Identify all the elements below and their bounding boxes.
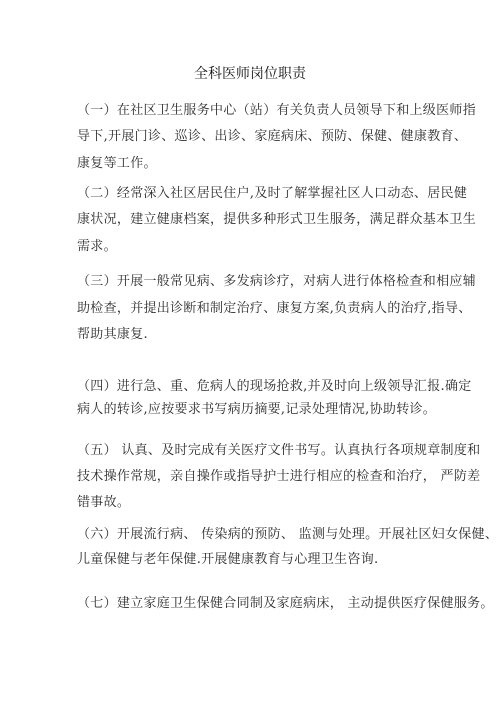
paragraph-line: 儿童保健与老年保健.开展健康教育与心理卫生咨询. bbox=[77, 548, 378, 567]
paragraph-line: （四）进行急、重、危病人的现场抢救,并及时向上级领导汇报.确定 bbox=[77, 375, 472, 394]
paragraph-line: 帮助其康复. bbox=[77, 323, 148, 342]
paragraph-line: 技术操作常规，亲自操作或指导护士进行相应的检查和治疗， 严防差 bbox=[77, 465, 480, 484]
paragraph-line: 病人的转诊,应按要求书写病历摘要,记录处理情况,协助转诊。 bbox=[77, 398, 436, 417]
paragraph-line: （一）在社区卫生服务中心（站）有关负责人员领导下和上级医师指 bbox=[77, 99, 476, 118]
document-title: 全科医师岗位职责 bbox=[0, 63, 500, 83]
paragraph-line: 康复等工作。 bbox=[77, 152, 157, 171]
paragraph-line: 康状况，建立健康档案，提供多种形式卫生服务，满足群众基本卫生 bbox=[77, 208, 476, 227]
paragraph-line: 错事故。 bbox=[77, 491, 130, 510]
paragraph-line: 导下,开展门诊、巡诊、出诊、家庭病床、预防、保健、健康教育、 bbox=[77, 125, 467, 144]
paragraph-line: （五） 认真、及时完成有关医疗文件书写。认真执行各项规章制度和 bbox=[77, 439, 480, 458]
paragraph-line: （七）建立家庭卫生保健合同制及家庭病床， 主动提供医疗保健服务。 bbox=[77, 592, 494, 611]
paragraph-line: （六）开展流行病、 传染病的预防、 监测与处理。开展社区妇女保健、 bbox=[77, 523, 498, 542]
paragraph-line: （三）开展一般常见病、多发病诊疗，对病人进行体格检查和相应辅 bbox=[77, 270, 476, 289]
paragraph-line: 助检查，并提出诊断和制定治疗、康复方案,负责病人的治疗,指导、 bbox=[77, 297, 472, 316]
paragraph-line: （二）经常深入社区居民住户,及时了解掌握社区人口动态、居民健 bbox=[77, 182, 467, 201]
paragraph-line: 需求。 bbox=[77, 235, 117, 254]
